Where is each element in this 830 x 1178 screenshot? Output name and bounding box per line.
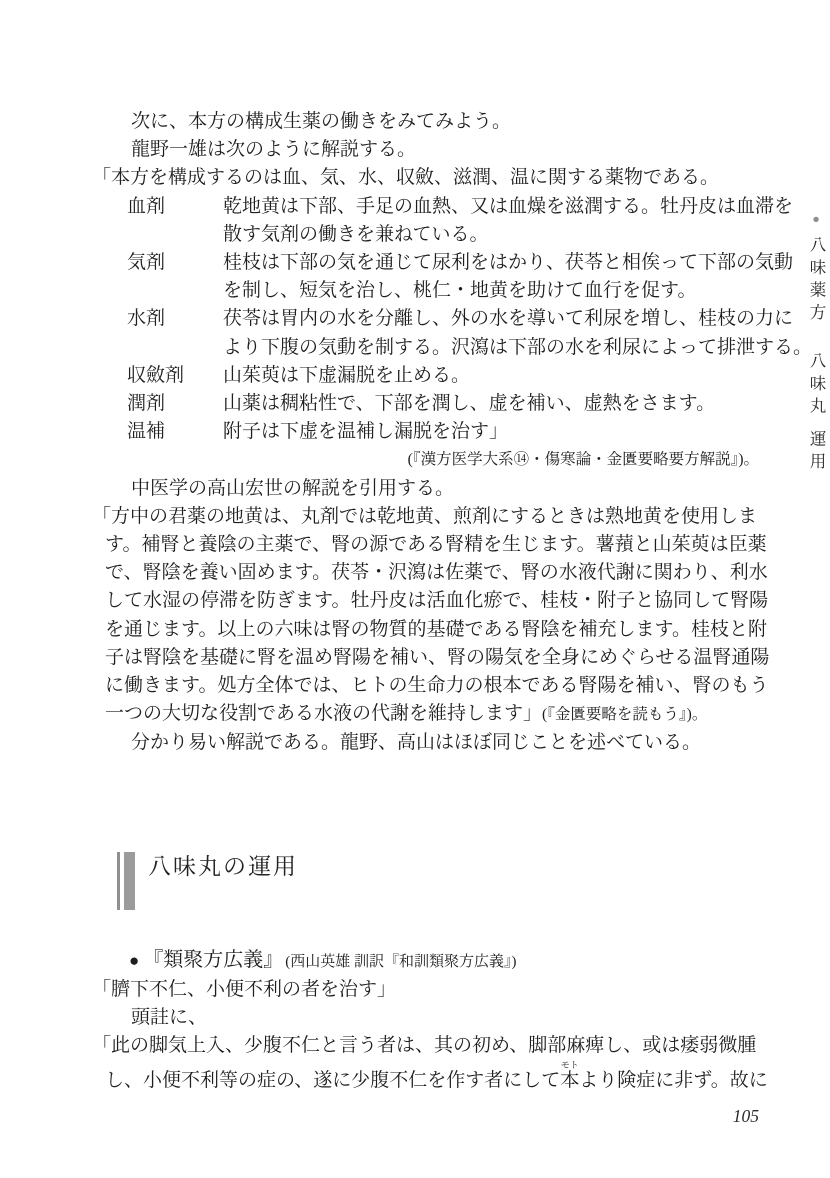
drug-action-row: 水剤 茯苓は胃内の水を分離し、外の水を導いて利尿を増し、桂枝の力に より下腹の気… <box>105 305 759 361</box>
text-line: を通じます。以上の六味は腎の物質的基礎である腎陰を補充します。桂枝と附 <box>105 616 759 644</box>
ruby-base: 本 <box>560 1070 579 1091</box>
quote-text: 一つの大切な役割である水液の代謝を維持します」 <box>105 703 542 724</box>
drug-description: 乾地黄は下部、手足の血熱、又は血燥を滋潤する。牡丹皮は血滞を 散す気剤の働きを兼… <box>223 193 793 249</box>
heading-bar-thick-icon <box>124 852 135 910</box>
drug-category-label: 収斂剤 <box>127 362 223 390</box>
section-heading: 八味丸の運用 <box>117 852 759 910</box>
page-number: 105 <box>733 1106 759 1127</box>
text-line: 龍野一雄は次のように解説する。 <box>105 136 759 164</box>
book-page: ●八味薬方八味丸運用 次に、本方の構成生薬の働きをみてみよう。 龍野一雄は次のよ… <box>0 0 830 1178</box>
text-line: 次に、本方の構成生薬の働きをみてみよう。 <box>105 108 759 136</box>
drug-action-row: 収斂剤 山茱萸は下虚漏脱を止める。 <box>105 362 759 390</box>
running-head-section-part1: 八味丸 <box>807 352 825 420</box>
drug-action-row: 潤剤 山薬は稠粘性で、下部を潤し、虚を補い、虚熱をさます。 <box>105 390 759 418</box>
closing-sentence: 分かり易い解説である。龍野、高山はほぼ同じことを述べている。 <box>105 729 759 757</box>
text-line: 「本方を構成するのは血、気、水、収斂、滋潤、温に関する薬物である。 <box>105 164 759 192</box>
ruby-annotation: 本モト <box>560 1070 579 1091</box>
chapter-bullet-icon: ● <box>809 212 823 232</box>
drug-description: 山茱萸は下虚漏脱を止める。 <box>223 362 759 390</box>
lead-line: 頭註に、 <box>105 1004 759 1032</box>
takayama-quote-paragraph: 「方中の君薬の地黄は、丸剤では乾地黄、煎剤にするときは熟地黄を使用しま す。補腎… <box>105 503 759 700</box>
ruby-furigana: モト <box>560 1060 579 1070</box>
inline-citation: (『金匱要略を読もう』)。 <box>542 706 707 723</box>
source-citation: (『漢方医学大系⑭・傷寒論・金匱要略要方解説』)。 <box>105 446 759 474</box>
drug-action-list: 血剤 乾地黄は下部、手足の血熱、又は血燥を滋潤する。牡丹皮は血滞を 散す気剤の働… <box>105 193 759 447</box>
quote-line-with-ruby: し、小便不利等の症の、遂に少腹不仁を作す者にして本モトより険症に非ず。故に <box>105 1060 759 1095</box>
quote-text: し、小便不利等の症の、遂に少腹不仁を作す者にして <box>105 1070 560 1091</box>
text-line: す。補腎と養陰の主薬で、腎の源である腎精を生じます。薯蕷と山茱萸は臣薬 <box>105 531 759 559</box>
drug-description: 附子は下虚を温補し漏脱を治す」 <box>223 418 759 446</box>
drug-action-row: 血剤 乾地黄は下部、手足の血熱、又は血燥を滋潤する。牡丹皮は血滞を 散す気剤の働… <box>105 193 759 249</box>
reference-heading: ●『類聚方広義』(西山英雄 訓訳『和訓類聚方広義』) <box>105 946 759 976</box>
quote-line: 「臍下不仁、小便不利の者を治す」 <box>105 976 759 1004</box>
intro-paragraph: 次に、本方の構成生薬の働きをみてみよう。 龍野一雄は次のように解説する。 「本方… <box>105 108 759 193</box>
reference-book-title: 『類聚方広義』 <box>143 949 283 971</box>
text-line: 子は腎陰を基礎に腎を温め腎陽を補い、腎の陽気を全身にめぐらせる温腎通陽 <box>105 644 759 672</box>
drug-category-label: 温補 <box>127 418 223 446</box>
main-text-column: 次に、本方の構成生薬の働きをみてみよう。 龍野一雄は次のように解説する。 「本方… <box>105 108 759 1096</box>
reference-bullet-icon: ● <box>129 951 139 970</box>
drug-category-label: 潤剤 <box>127 390 223 418</box>
drug-description: 茯苓は胃内の水を分離し、外の水を導いて利尿を増し、桂枝の力に より下腹の気動を制… <box>223 305 812 361</box>
reference-translator-note: (西山英雄 訓訳『和訓類聚方広義』) <box>285 954 516 970</box>
drug-description: 桂枝は下部の気を通じて尿利をはかり、茯苓と相俟って下部の気動 を制し、短気を治し… <box>223 249 793 305</box>
heading-bar-thin-icon <box>117 852 120 910</box>
quote-text: より険症に非ず。故に <box>579 1070 767 1091</box>
drug-description: 山薬は稠粘性で、下部を潤し、虚を補い、虚熱をさます。 <box>223 390 759 418</box>
running-head-section-part2: 運用 <box>807 430 825 475</box>
section-title: 八味丸の運用 <box>148 853 298 881</box>
text-line: して水湿の停滞を防ぎます。牡丹皮は活血化瘀で、桂枝・附子と協同して腎陽 <box>105 587 759 615</box>
drug-category-label: 水剤 <box>127 305 223 361</box>
drug-category-label: 気剤 <box>127 249 223 305</box>
quote-line: 「此の脚気上入、少腹不仁と言う者は、其の初め、脚部麻痺し、或は痿弱微腫 <box>105 1032 759 1060</box>
text-line: に働きます。処方全体では、ヒトの生命力の根本である腎陽を補い、腎のもう <box>105 672 759 700</box>
drug-category-label: 血剤 <box>127 193 223 249</box>
lead-sentence: 中医学の高山宏世の解説を引用する。 <box>105 475 759 503</box>
drug-action-row: 温補 附子は下虚を温補し漏脱を治す」 <box>105 418 759 446</box>
text-line: で、腎陰を養い固めます。茯苓・沢瀉は佐薬で、腎の水液代謝に関わり、利水 <box>105 559 759 587</box>
drug-action-row: 気剤 桂枝は下部の気を通じて尿利をはかり、茯苓と相俟って下部の気動 を制し、短気… <box>105 249 759 305</box>
text-line: 「方中の君薬の地黄は、丸剤では乾地黄、煎剤にするときは熟地黄を使用しま <box>105 503 759 531</box>
quote-final-line: 一つの大切な役割である水液の代謝を維持します」(『金匱要略を読もう』)。 <box>105 700 759 729</box>
